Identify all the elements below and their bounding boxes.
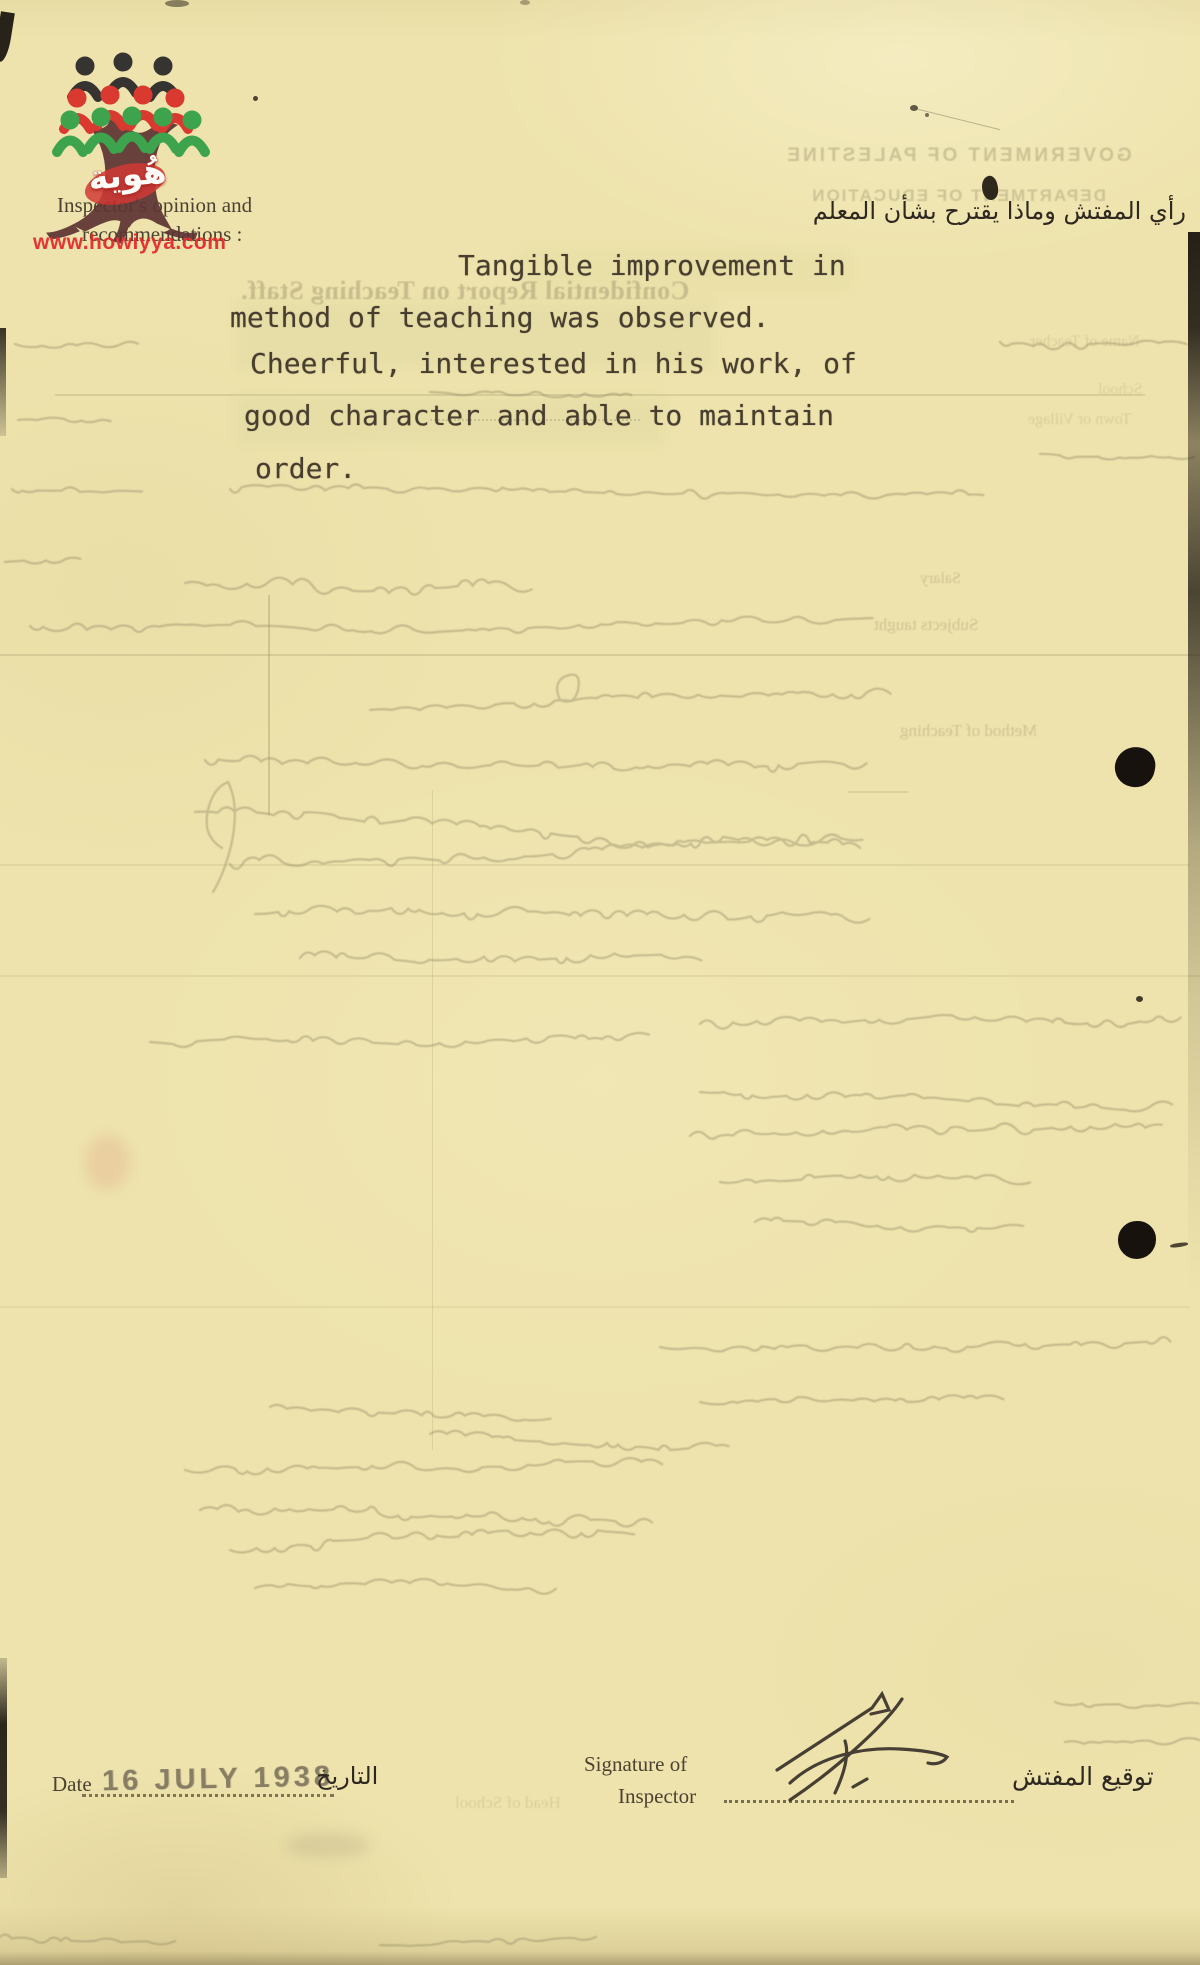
handwriting-bleed-squiggle: [1000, 341, 1186, 350]
edge-smudge: [165, 0, 189, 7]
handwriting-bleed-squiggle: [185, 578, 532, 595]
handwriting-bleed-squiggle: [430, 392, 631, 398]
handwriting-bleed-squiggle: [270, 1405, 551, 1421]
typed-opinion-line: Tangible improvement in: [458, 252, 846, 280]
howiyya-calligraphy: هُوية: [82, 153, 172, 208]
inspector-signature: [735, 1675, 975, 1825]
handwriting-bleed-squiggle: [1040, 454, 1194, 459]
typed-opinion-line: Cheerful, interested in his work, of: [250, 350, 857, 378]
scan-edge-bottom: [0, 1951, 1200, 1965]
scan-edge-left: [0, 328, 6, 436]
calligraphy-text: هُوية: [86, 151, 168, 199]
handwriting-bleed-squiggle: [430, 1431, 729, 1450]
handwriting-bleed-squiggle: [255, 906, 869, 923]
handwriting-bleed-squiggle: [185, 1458, 662, 1474]
signature-label-arabic: توقيع المفتش: [1012, 1762, 1154, 1791]
handwriting-bleed-squiggle: [690, 1123, 1162, 1138]
handwriting-bleed-squiggle: [700, 1015, 1181, 1029]
typed-opinion-line: method of teaching was observed.: [230, 304, 769, 332]
edge-smudge: [520, 0, 530, 5]
ink-speck: [925, 113, 929, 117]
handwriting-bleed-squiggle: [230, 484, 983, 498]
handwriting-bleed-squiggle: [0, 1935, 175, 1945]
handwriting-bleed-squiggle: [205, 756, 867, 772]
handwriting-bleed-squiggle: [1065, 1738, 1200, 1744]
handwriting-bleed-squiggle: [150, 1033, 649, 1047]
scan-edge-left: [0, 1658, 7, 1878]
scanned-document-page: GOVERNMENT OF PALESTINE DEPARTMENT OF ED…: [0, 0, 1200, 1965]
howiyya-url: www.howiyya.com: [33, 231, 226, 255]
handwriting-bleed-loop: [557, 675, 579, 702]
typed-opinion-line: order.: [255, 455, 356, 483]
signature-label-line1: Signature of: [584, 1752, 687, 1777]
handwriting-bleed-squiggle: [200, 1505, 652, 1526]
ink-speck: [253, 96, 258, 101]
handwriting-bleed-squiggle: [755, 1218, 1023, 1232]
handwriting-bleed-squiggle: [18, 418, 111, 423]
ink-speck: [1136, 996, 1143, 1002]
handwriting-bleed-squiggle: [380, 1937, 596, 1946]
handwriting-bleed-squiggle: [12, 487, 142, 492]
signature-label-line2: Inspector: [618, 1784, 696, 1809]
handwriting-bleed-squiggle: [1055, 1702, 1199, 1708]
handwriting-bleed-loop: [207, 782, 235, 892]
handwriting-bleed-squiggle: [660, 1337, 1170, 1352]
typed-opinion-line: good character and able to maintain: [244, 402, 834, 430]
handwriting-bleed-squiggle: [5, 558, 81, 564]
handwriting-bleed-squiggle: [720, 1175, 1030, 1184]
handwriting-bleed-squiggle: [370, 689, 891, 710]
howiyya-watermark: هُوية www.howiyya.com: [25, 45, 240, 260]
handwriting-bleed-squiggle: [700, 1092, 1172, 1111]
handwriting-bleed-squiggle: [195, 807, 860, 848]
handwriting-bleed-squiggle: [255, 1579, 556, 1594]
handwriting-bleed-layer: [0, 0, 1200, 1965]
handwriting-bleed-squiggle: [15, 342, 138, 348]
handwriting-bleed-squiggle: [30, 617, 873, 634]
date-label-arabic: التاريخ: [316, 1762, 378, 1790]
opinion-label-arabic: رأي المفتش وماذا يقترح بشأن المعلم: [813, 197, 1186, 225]
date-stamp: 16 JULY 1938: [102, 1761, 334, 1799]
hole-punch: [1118, 1221, 1156, 1259]
handwriting-bleed-squiggle: [230, 1530, 634, 1553]
scan-edge-right: [1188, 232, 1200, 1292]
handwriting-bleed-squiggle: [700, 1395, 1003, 1404]
handwriting-bleed-squiggle: [300, 951, 701, 963]
